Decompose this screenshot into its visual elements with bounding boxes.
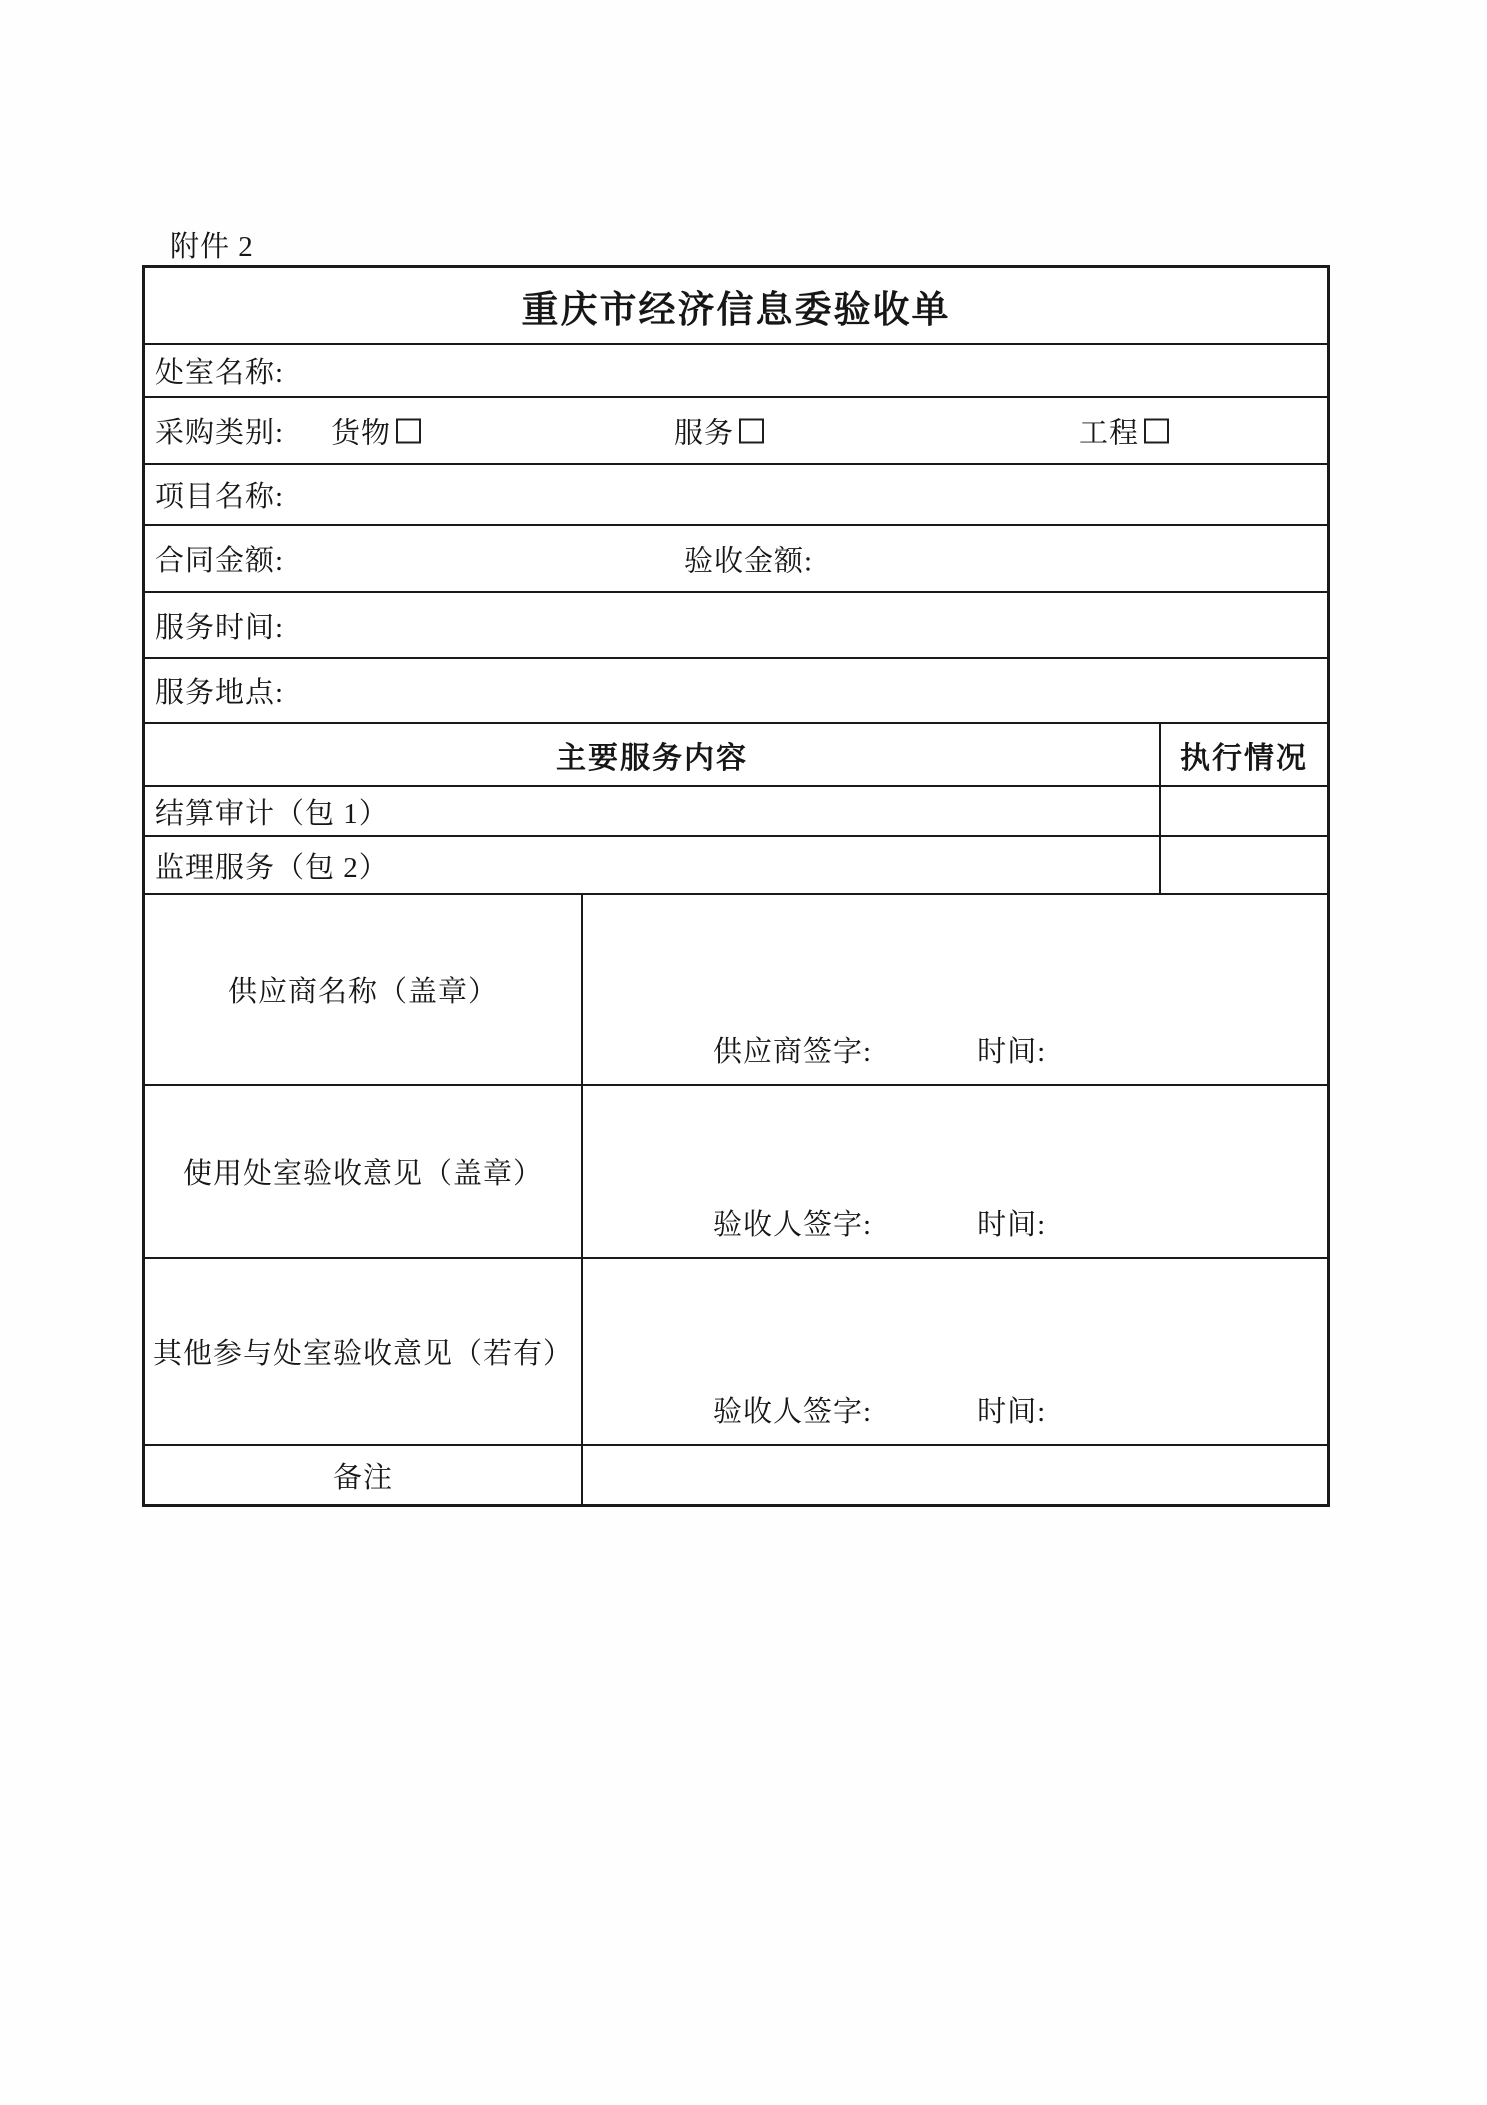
using-office-time-label: 时间:	[977, 1202, 1046, 1243]
execution-status-cell-2	[1159, 837, 1327, 893]
service-item-1-label: 结算审计（包 1）	[145, 791, 389, 832]
execution-status-header: 执行情况	[1180, 733, 1308, 777]
attachment-label: 附件 2	[170, 224, 254, 265]
execution-status-header-cell: 执行情况	[1159, 724, 1327, 785]
form-title-row: 重庆市经济信息委验收单	[145, 268, 1327, 343]
main-service-content-header: 主要服务内容	[556, 733, 748, 777]
project-name-label: 项目名称:	[145, 474, 284, 515]
amounts-row: 合同金额: 验收金额:	[145, 524, 1327, 591]
service-location-row: 服务地点:	[145, 657, 1327, 722]
supplier-name-label: 供应商名称（盖章）	[228, 969, 498, 1010]
service-item-2-cell: 监理服务（包 2）	[145, 837, 1159, 893]
supplier-name-cell: 供应商名称（盖章）	[145, 895, 581, 1084]
goods-option-label: 货物	[331, 410, 391, 451]
service-item-1-cell: 结算审计（包 1）	[145, 787, 1159, 835]
service-item-row-1: 结算审计（包 1）	[145, 785, 1327, 835]
remarks-label: 备注	[333, 1455, 393, 1496]
goods-checkbox	[396, 418, 421, 443]
using-office-signature-label: 验收人签字:	[713, 1202, 872, 1243]
other-office-row: 其他参与处室验收意见（若有） 验收人签字: 时间:	[145, 1257, 1327, 1444]
acceptance-amount-label: 验收金额:	[674, 538, 813, 579]
other-office-signature-label: 验收人签字:	[713, 1389, 872, 1430]
using-office-row: 使用处室验收意见（盖章） 验收人签字: 时间:	[145, 1084, 1327, 1257]
remarks-label-cell: 备注	[145, 1446, 581, 1504]
service-time-row: 服务时间:	[145, 591, 1327, 657]
using-office-opinion-cell: 使用处室验收意见（盖章）	[145, 1086, 581, 1257]
supplier-row: 供应商名称（盖章） 供应商签字: 时间:	[145, 893, 1327, 1084]
other-office-time-label: 时间:	[977, 1389, 1046, 1430]
execution-status-cell-1	[1159, 787, 1327, 835]
works-checkbox	[1144, 418, 1169, 443]
service-item-row-2: 监理服务（包 2）	[145, 835, 1327, 893]
form-title: 重庆市经济信息委验收单	[522, 279, 951, 333]
supplier-time-label: 时间:	[977, 1029, 1046, 1070]
other-office-signature-area: 验收人签字: 时间:	[581, 1259, 1327, 1444]
procurement-category-row: 采购类别: 货物 服务 工程	[145, 396, 1327, 463]
services-option: 服务	[674, 410, 764, 451]
service-time-label: 服务时间:	[145, 605, 284, 646]
office-name-label: 处室名称:	[145, 350, 284, 391]
works-option: 工程	[1079, 410, 1169, 451]
using-office-opinion-label: 使用处室验收意见（盖章）	[183, 1151, 543, 1192]
procurement-category-label: 采购类别:	[145, 410, 284, 451]
office-name-row: 处室名称:	[145, 343, 1327, 396]
service-location-label: 服务地点:	[145, 670, 284, 711]
services-option-label: 服务	[674, 410, 734, 451]
acceptance-form-table: 重庆市经济信息委验收单 处室名称: 采购类别: 货物 服务 工程 项目名称:	[142, 265, 1330, 1507]
remarks-content-cell	[581, 1446, 1327, 1504]
service-content-header-row: 主要服务内容 执行情况	[145, 722, 1327, 785]
using-office-signature-area: 验收人签字: 时间:	[581, 1086, 1327, 1257]
remarks-row: 备注	[145, 1444, 1327, 1504]
service-item-2-label: 监理服务（包 2）	[145, 845, 389, 886]
other-office-opinion-label: 其他参与处室验收意见（若有）	[153, 1331, 573, 1372]
scanned-document-page: 附件 2 重庆市经济信息委验收单 处室名称: 采购类别: 货物 服务 工程	[0, 0, 1487, 2105]
other-office-opinion-cell: 其他参与处室验收意见（若有）	[145, 1259, 581, 1444]
supplier-signature-label: 供应商签字:	[713, 1029, 872, 1070]
main-service-content-header-cell: 主要服务内容	[145, 724, 1159, 785]
supplier-signature-area: 供应商签字: 时间:	[581, 895, 1327, 1084]
contract-amount-label: 合同金额:	[145, 538, 284, 579]
services-checkbox	[739, 418, 764, 443]
works-option-label: 工程	[1079, 410, 1139, 451]
project-name-row: 项目名称:	[145, 463, 1327, 524]
goods-option: 货物	[331, 410, 421, 451]
